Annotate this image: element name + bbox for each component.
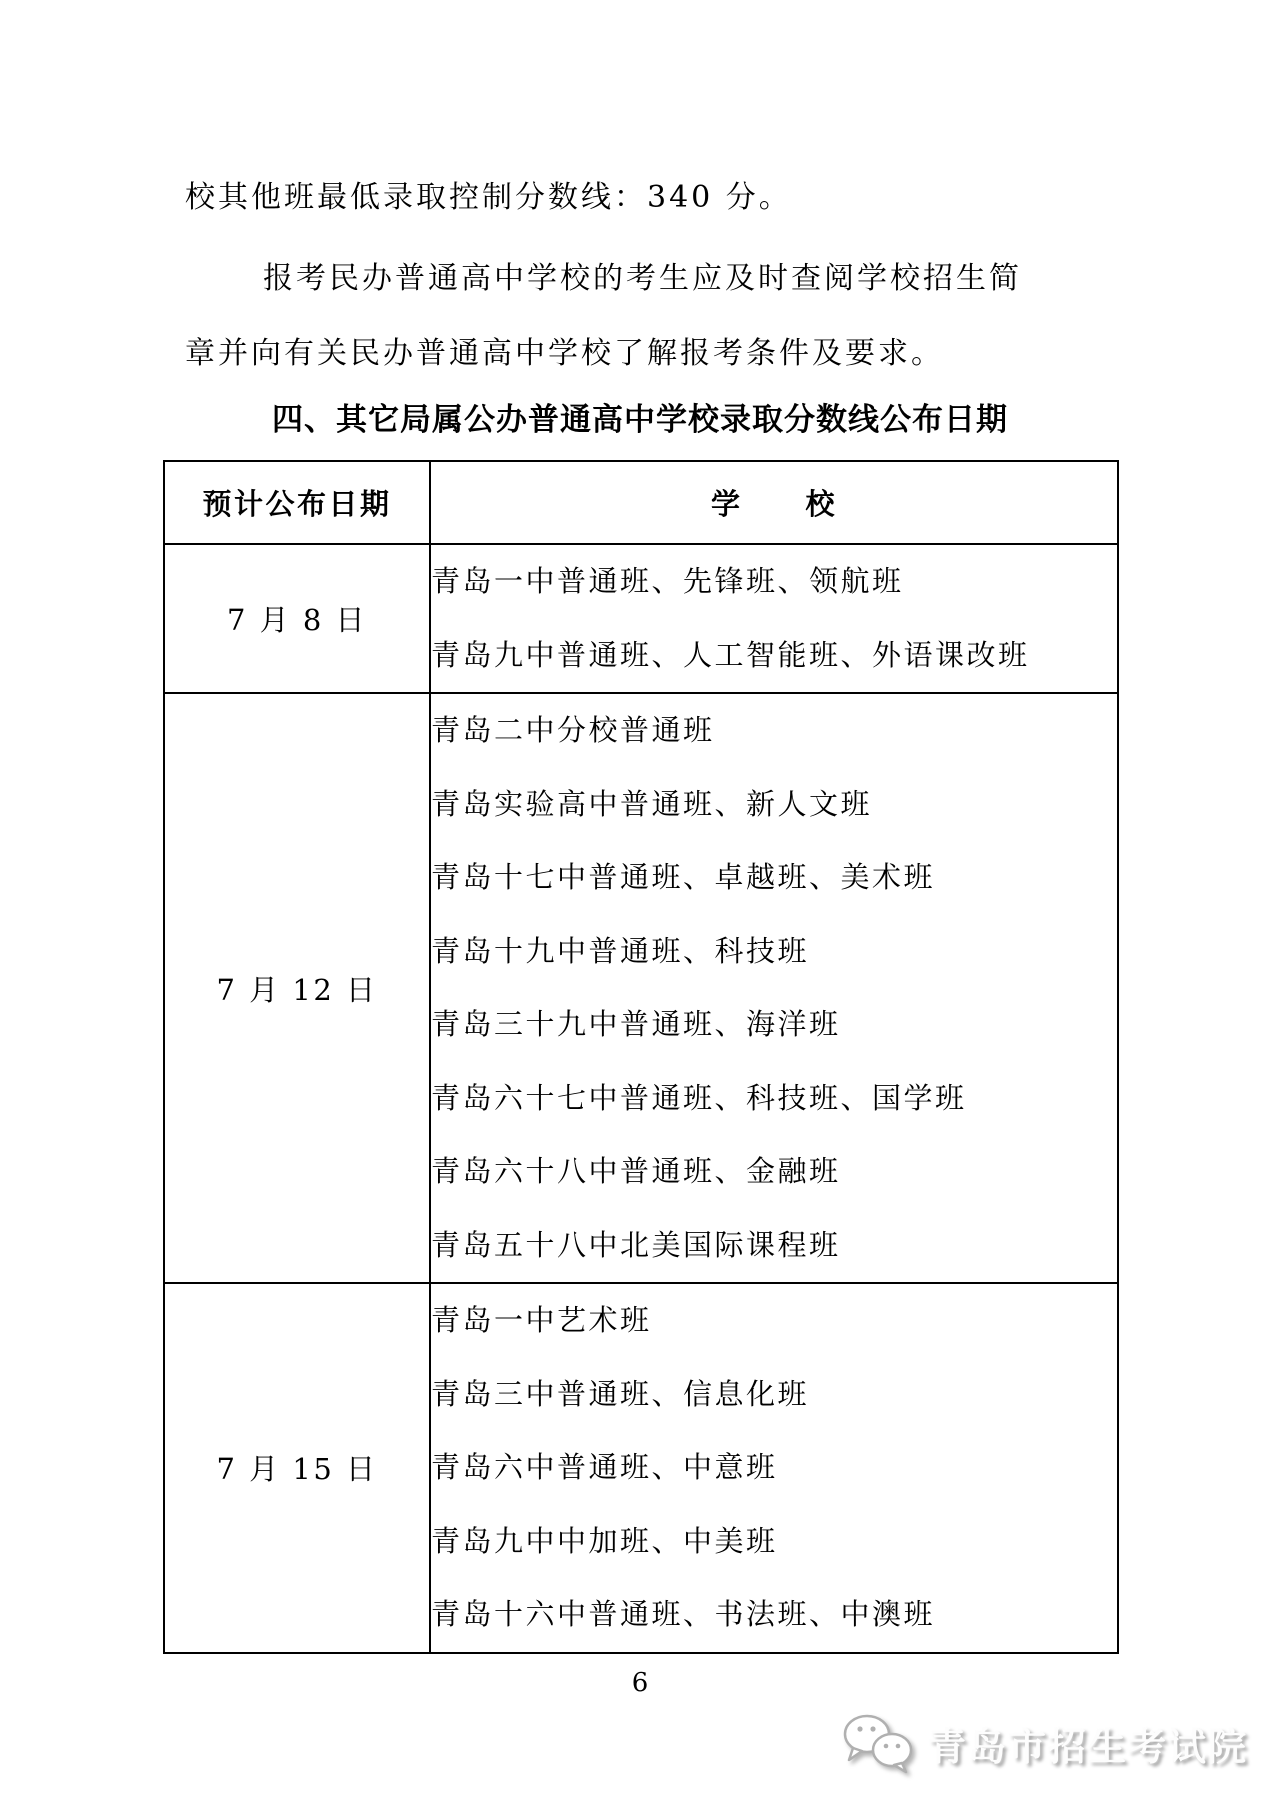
- table-row: 7 月 15 日 青岛一中艺术班 青岛三中普通班、信息化班 青岛六中普通班、中意…: [164, 1283, 1118, 1653]
- section-heading: 四、其它局属公办普通高中学校录取分数线公布日期: [0, 394, 1280, 439]
- school-line: 青岛九中普通班、人工智能班、外语课改班: [431, 619, 1117, 693]
- school-line: 青岛十九中普通班、科技班: [431, 915, 1117, 989]
- table-header-row: 预计公布日期 学 校: [164, 461, 1118, 544]
- page-number: 6: [0, 1668, 1280, 1698]
- school-line: 青岛六中普通班、中意班: [431, 1431, 1117, 1505]
- school-line: 青岛三十九中普通班、海洋班: [431, 988, 1117, 1062]
- school-cell: 青岛二中分校普通班 青岛实验高中普通班、新人文班 青岛十七中普通班、卓越班、美术…: [430, 693, 1118, 1283]
- schedule-table: 预计公布日期 学 校 7 月 8 日 青岛一中普通班、先锋班、领航班 青岛九中普…: [163, 460, 1119, 1654]
- date-cell: 7 月 15 日: [164, 1283, 430, 1653]
- watermark-text: 青岛市招生考试院: [928, 1716, 1248, 1771]
- table-row: 7 月 8 日 青岛一中普通班、先锋班、领航班 青岛九中普通班、人工智能班、外语…: [164, 544, 1118, 693]
- col-header-date: 预计公布日期: [164, 461, 430, 544]
- date-cell: 7 月 8 日: [164, 544, 430, 693]
- school-line: 青岛六十八中普通班、金融班: [431, 1135, 1117, 1209]
- school-line: 青岛五十八中北美国际课程班: [431, 1209, 1117, 1283]
- document-page: 校其他班最低录取控制分数线：340 分。 报考民办普通高中学校的考生应及时查阅学…: [0, 0, 1280, 1810]
- school-line: 青岛六十七中普通班、科技班、国学班: [431, 1062, 1117, 1136]
- paragraph-score-line: 校其他班最低录取控制分数线：340 分。: [185, 172, 792, 216]
- paragraph-private-school-line1: 报考民办普通高中学校的考生应及时查阅学校招生简: [263, 253, 1022, 297]
- paragraph-private-school-line2: 章并向有关民办普通高中学校了解报考条件及要求。: [185, 328, 944, 372]
- school-line: 青岛三中普通班、信息化班: [431, 1358, 1117, 1432]
- school-line: 青岛一中普通班、先锋班、领航班: [431, 545, 1117, 619]
- school-line: 青岛二中分校普通班: [431, 694, 1117, 768]
- school-line: 青岛十七中普通班、卓越班、美术班: [431, 841, 1117, 915]
- table-row: 7 月 12 日 青岛二中分校普通班 青岛实验高中普通班、新人文班 青岛十七中普…: [164, 693, 1118, 1283]
- col-header-school: 学 校: [430, 461, 1118, 544]
- school-cell: 青岛一中艺术班 青岛三中普通班、信息化班 青岛六中普通班、中意班 青岛九中中加班…: [430, 1283, 1118, 1653]
- school-line: 青岛实验高中普通班、新人文班: [431, 768, 1117, 842]
- school-line: 青岛十六中普通班、书法班、中澳班: [431, 1578, 1117, 1652]
- watermark: 青岛市招生考试院: [840, 1712, 1248, 1774]
- wechat-icon: [840, 1712, 918, 1774]
- school-cell: 青岛一中普通班、先锋班、领航班 青岛九中普通班、人工智能班、外语课改班: [430, 544, 1118, 693]
- date-cell: 7 月 12 日: [164, 693, 430, 1283]
- school-line: 青岛一中艺术班: [431, 1284, 1117, 1358]
- school-line: 青岛九中中加班、中美班: [431, 1505, 1117, 1579]
